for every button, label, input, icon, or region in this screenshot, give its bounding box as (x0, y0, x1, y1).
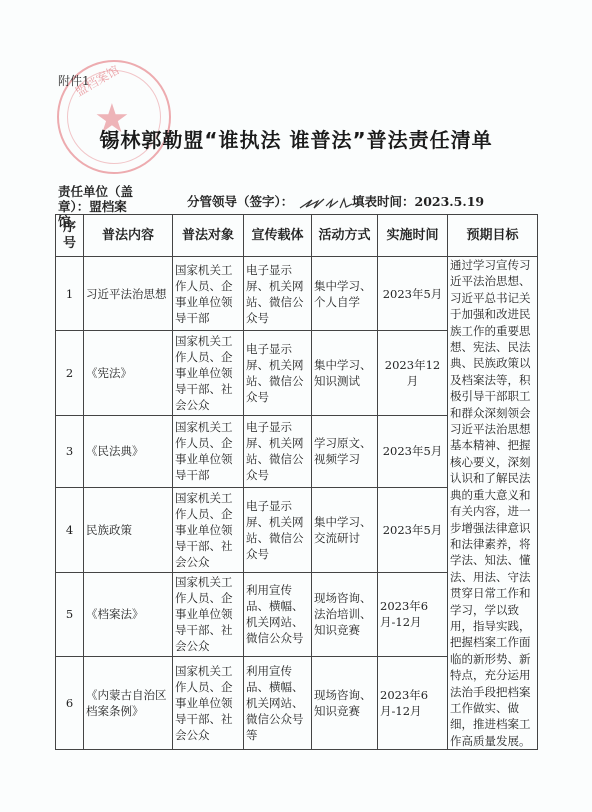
cell-no: 6 (56, 657, 84, 750)
header-time: 实施时间 (378, 215, 448, 257)
attachment-label: 附件1 (58, 72, 90, 89)
cell-method: 学习原文、视频学习 (312, 415, 378, 487)
cell-time: 2023年12月 (378, 331, 448, 416)
cell-target: 国家机关工作人员、企事业单位领导干部 (173, 257, 244, 331)
leader-label: 分管领导（签字）： (187, 194, 293, 209)
cell-time: 2023年5月 (378, 415, 448, 487)
cell-medium: 电子显示屏、机关网站、微信公众号 (244, 257, 312, 331)
header-no: 序号 (56, 215, 84, 257)
cell-medium: 利用宣传品、横幅、机关网站、微信公众号 (244, 572, 312, 657)
cell-no: 3 (56, 415, 84, 487)
cell-content: 《民法典》 (84, 415, 173, 487)
signature-icon (298, 196, 358, 210)
cell-content: 《内蒙古自治区档案条例》 (84, 657, 173, 750)
cell-method: 集中学习、知识测试 (312, 331, 378, 416)
cell-target: 国家机关工作人员、企事业单位领导干部、社会公众 (173, 487, 244, 572)
page-title: 锡林郭勒盟“谁执法 谁普法”普法责任清单 (0, 124, 592, 153)
cell-content: 《档案法》 (84, 572, 173, 657)
header-medium: 宣传载体 (244, 215, 312, 257)
cell-medium: 电子显示屏、机关网站、微信公众号 (244, 487, 312, 572)
header-content: 普法内容 (84, 215, 173, 257)
cell-medium: 电子显示屏、机关网站、微信公众号 (244, 415, 312, 487)
cell-no: 1 (56, 257, 84, 331)
cell-no: 2 (56, 331, 84, 416)
table-header-row: 序号 普法内容 普法对象 宣传载体 活动方式 实施时间 预期目标 (56, 215, 538, 257)
cell-no: 4 (56, 487, 84, 572)
cell-method: 集中学习、个人自学 (312, 257, 378, 331)
header-goal: 预期目标 (448, 215, 538, 257)
cell-method: 集中学习、交流研讨 (312, 487, 378, 572)
cell-target: 国家机关工作人员、企事业单位领导干部、社会公众 (173, 572, 244, 657)
fill-time: 填表时间：2023.5.19 (352, 192, 484, 210)
cell-target: 国家机关工作人员、企事业单位领导干部、社会公众 (173, 657, 244, 750)
header-method: 活动方式 (312, 215, 378, 257)
cell-time: 2023年6月-12月 (378, 572, 448, 657)
cell-time: 2023年5月 (378, 257, 448, 331)
cell-target: 国家机关工作人员、企事业单位领导干部 (173, 415, 244, 487)
cell-content: 习近平法治思想 (84, 257, 173, 331)
table-row: 1 习近平法治思想 国家机关工作人员、企事业单位领导干部 电子显示屏、机关网站、… (56, 257, 538, 331)
cell-medium: 利用宣传品、横幅、机关网站、微信公众号等 (244, 657, 312, 750)
cell-method: 现场咨询、知识竞赛 (312, 657, 378, 750)
cell-method: 现场咨询、法治培训、知识竞赛 (312, 572, 378, 657)
cell-medium: 电子显示屏、机关网站、微信公众号 (244, 331, 312, 416)
header-target: 普法对象 (173, 215, 244, 257)
leader-signature-line: 分管领导（签字）： (187, 192, 358, 210)
responsibility-table: 序号 普法内容 普法对象 宣传载体 活动方式 实施时间 预期目标 1 习近平法治… (55, 214, 538, 750)
cell-time: 2023年5月 (378, 487, 448, 572)
cell-goal: 通过学习宣传习近平法治思想、习近平总书记关于加强和改进民族工作的重要思想、宪法、… (448, 257, 538, 750)
cell-content: 民族政策 (84, 487, 173, 572)
cell-no: 5 (56, 572, 84, 657)
cell-time: 2023年6月-12月 (378, 657, 448, 750)
cell-target: 国家机关工作人员、企事业单位领导干部、社会公众 (173, 331, 244, 416)
cell-content: 《宪法》 (84, 331, 173, 416)
